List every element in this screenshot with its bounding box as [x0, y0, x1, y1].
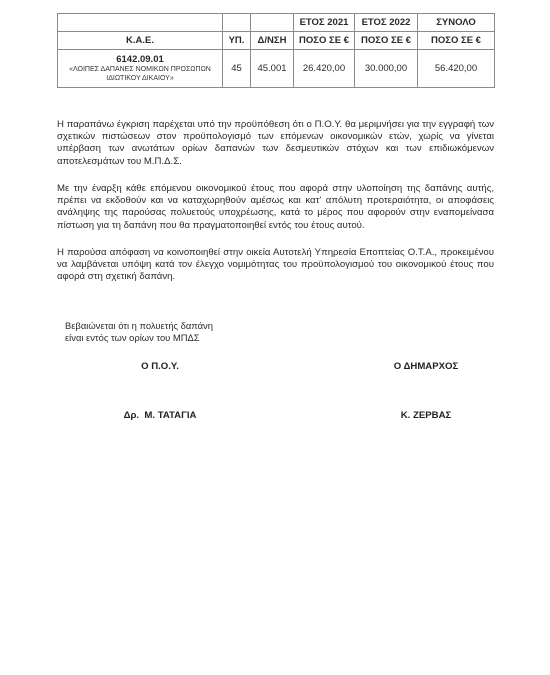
dnsi-cell: 45.001: [251, 50, 294, 88]
certification-line1: Βεβαιώνεται ότι η πολυετής δαπάνη: [65, 320, 213, 332]
column-header-row: Κ.Α.Ε. ΥΠ. Δ/ΝΣΗ ΠΟΣΟ ΣΕ € ΠΟΣΟ ΣΕ € ΠΟΣ…: [58, 32, 495, 50]
year-header-cell: [223, 14, 251, 32]
column-header-kae: Κ.Α.Ε.: [58, 32, 223, 50]
amount-2022-cell: 30.000,00: [355, 50, 418, 88]
year-header-cell: [58, 14, 223, 32]
year-header-2021: ΕΤΟΣ 2021: [294, 14, 355, 32]
kae-code: 6142.09.01: [58, 54, 222, 65]
signature-title-left: Ο Π.Ο.Υ.: [90, 361, 230, 372]
paragraph-approval-condition: Η παραπάνω έγκριση παρέχεται υπό την προ…: [57, 119, 494, 168]
budget-table: ΕΤΟΣ 2021 ΕΤΟΣ 2022 ΣΥΝΟΛΟ Κ.Α.Ε. ΥΠ. Δ/…: [57, 13, 495, 88]
year-header-2022: ΕΤΟΣ 2022: [355, 14, 418, 32]
signature-name-right: Κ. ΖΕΡΒΑΣ: [356, 410, 496, 421]
column-header-dnsi: Δ/ΝΣΗ: [251, 32, 294, 50]
signature-name-left: Δρ. Μ. ΤΑΤΑΓΙΑ: [90, 410, 230, 421]
amount-2021-cell: 26.420,00: [294, 50, 355, 88]
yp-cell: 45: [223, 50, 251, 88]
certification-line2: είναι εντός των ορίων του ΜΠΔΣ: [65, 332, 213, 344]
total-cell: 56.420,00: [418, 50, 495, 88]
certification-note: Βεβαιώνεται ότι η πολυετής δαπάνη είναι …: [65, 320, 213, 344]
year-header-cell: [251, 14, 294, 32]
column-header-yp: ΥΠ.: [223, 32, 251, 50]
signature-title-right: Ο ΔΗΜΑΡΧΟΣ: [356, 361, 496, 372]
year-header-row: ΕΤΟΣ 2021 ΕΤΟΣ 2022 ΣΥΝΟΛΟ: [58, 14, 495, 32]
kae-description-line1: «ΛΟΙΠΕΣ ΔΑΠΑΝΕΣ ΝΟΜΙΚΩΝ ΠΡΟΣΩΠΩΝ: [58, 65, 222, 74]
column-header-total: ΠΟΣΟ ΣΕ €: [418, 32, 495, 50]
column-header-amount-2021: ΠΟΣΟ ΣΕ €: [294, 32, 355, 50]
paragraph-notification: Η παρούσα απόφαση να κοινοποιηθεί στην ο…: [57, 247, 494, 284]
paragraph-annual-commitment: Με την έναρξη κάθε επόμενου οικονομικού …: [57, 183, 494, 232]
table-row: 6142.09.01 «ΛΟΙΠΕΣ ΔΑΠΑΝΕΣ ΝΟΜΙΚΩΝ ΠΡΟΣΩ…: [58, 50, 495, 88]
kae-cell: 6142.09.01 «ΛΟΙΠΕΣ ΔΑΠΑΝΕΣ ΝΟΜΙΚΩΝ ΠΡΟΣΩ…: [58, 50, 223, 88]
column-header-amount-2022: ΠΟΣΟ ΣΕ €: [355, 32, 418, 50]
kae-description-line2: ΙΔΙΩΤΙΚΟΥ ΔΙΚΑΙΟΥ»: [58, 74, 222, 83]
year-header-total: ΣΥΝΟΛΟ: [418, 14, 495, 32]
